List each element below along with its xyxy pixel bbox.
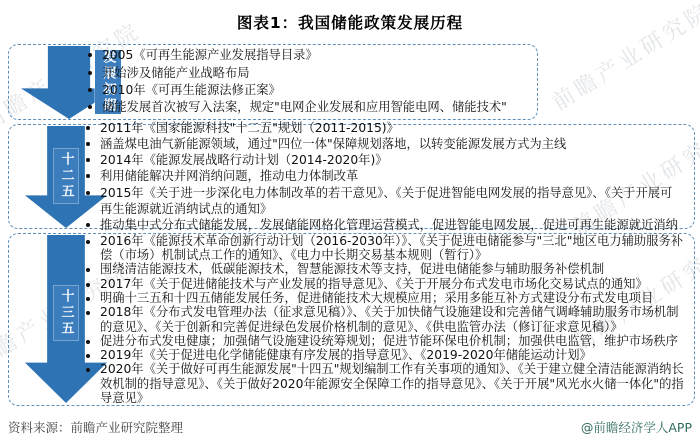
policy-item: 开始涉及储能产业战略布局 [85, 65, 525, 82]
policy-item: 2010年《可再生能源法修正案》 [85, 82, 525, 99]
brand-credit: @前瞻经济学人APP [581, 418, 692, 436]
section-12th-five-year: 十二五 2011年《国家能源科技"十二五"规划（2011-2015)》 涵盖煤电… [8, 124, 695, 229]
section-13th-five-year: 十三五 2016年《能源技术革命创新行动计划（2016-2030年）》、《关于促… [8, 233, 695, 406]
policy-item: 明确十三五和十四五储能发展任务，促进储能技术大规模应用；采用多能互补方式建设分布… [83, 291, 686, 305]
policy-item: 2020年《关于做好可再生能源发展"十四五"规划编制工作有关事项的通知》、《关于… [83, 362, 686, 405]
section-early-period: 发展初期 2005《可再生能源产业发展指导目录》 开始涉及储能产业战略布局 20… [8, 44, 538, 120]
policy-item: 储能发展首次被写入法案，规定"电网企业发展和应用智能电网、储能技术" [85, 99, 525, 116]
policy-item: 利用储能解决并网消纳问题，推动电力体制改革 [83, 168, 684, 184]
policy-list-12th-five-year: 2011年《国家能源科技"十二五"规划（2011-2015)》 涵盖煤电油气新能… [9, 125, 694, 228]
footer: 资料来源：前瞻产业研究院整理 @前瞻经济学人APP [0, 418, 700, 436]
page-title: 图表1：我国储能政策发展历程 [0, 0, 700, 33]
policy-list-early-period: 2005《可再生能源产业发展指导目录》 开始涉及储能产业战略布局 2010年《可… [9, 45, 537, 119]
infographic-page: 前瞻产业研究院 前瞻产业研究院 前瞻产业研究院 前瞻产业研究院 前瞻产业研究院 … [0, 0, 700, 444]
policy-item: 2019年《关于促进电化学储能健康有序发展的指导意见》、《2019-2020年储… [83, 348, 686, 362]
policy-item: 促进分布式发电健康；加强储气设施建设统筹规划；促进节能环保电价机制；加强供电监管… [83, 334, 686, 348]
policy-item: 2017年《关于促进储能技术与产业发展的指导意见》、《关于开展分布式发电市场化交… [83, 277, 686, 291]
source-note: 资料来源：前瞻产业研究院整理 [8, 418, 183, 436]
policy-list-13th-five-year: 2016年《能源技术革命创新行动计划（2016-2030年）》、《关于促进电储能… [9, 234, 694, 405]
policy-item: 2011年《国家能源科技"十二五"规划（2011-2015)》 [83, 120, 684, 136]
policy-item: 2005《可再生能源产业发展指导目录》 [85, 47, 525, 64]
stage-label-12th-five-year: 十二五 [54, 149, 78, 203]
policy-item: 2016年《能源技术革命创新行动计划（2016-2030年）》、《关于促进电储能… [83, 234, 686, 263]
policy-item: 推动集中式分布式储能发展，发展储能网格化管理运营模式，促进智能电网发展，促进可再… [83, 217, 684, 233]
stage-label-13th-five-year: 十三五 [54, 286, 78, 340]
policy-item: 2014年《能源发展战略行动计划（2014-2020年)》 [83, 152, 684, 168]
policy-item: 2018年《分布式发电管理办法（征求意见稿）》、《关于加快储气设施建设和完善储气… [83, 305, 686, 334]
policy-item: 涵盖煤电油气新能源领域，通过"四位一体"保障规划落地，以转变能源发展方式为主线 [83, 136, 684, 152]
policy-item: 2015年《关于进一步深化电力体制改革的若干意见》、《关于促进智能电网发展的指导… [83, 185, 684, 217]
policy-item: 围绕清洁能源技术，低碳能源技术，智慧能源技术等支持，促进电储能参与辅助服务补偿机… [83, 262, 686, 276]
